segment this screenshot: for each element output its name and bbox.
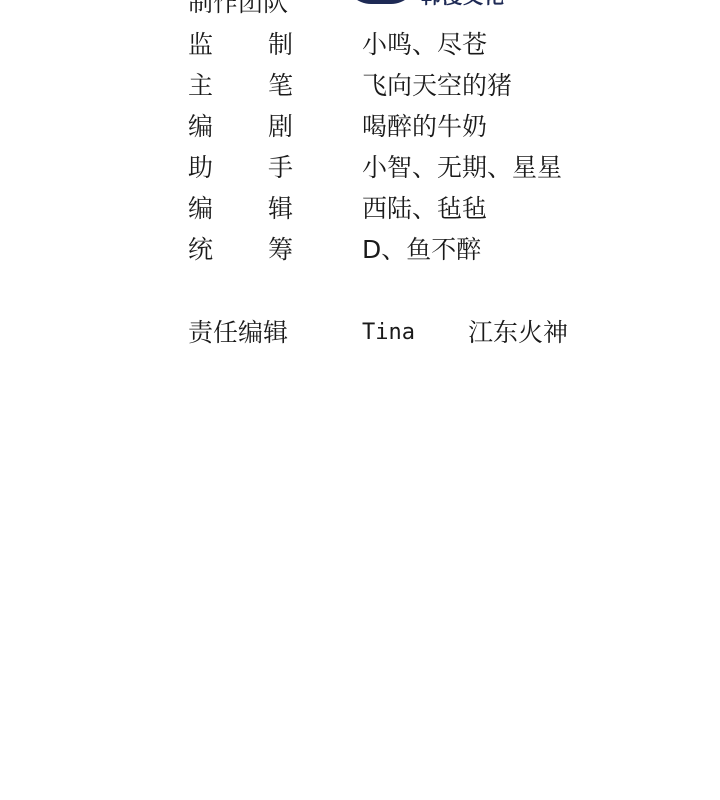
credit-value: 喝醉的牛奶 — [362, 112, 487, 142]
credit-value: 小鸣、尽苍 — [362, 30, 487, 60]
role-char-2: 手 — [268, 153, 298, 183]
credit-value: 西陆、毡毡 — [362, 194, 487, 224]
editor-name-2: 江东火神 — [468, 318, 568, 348]
role-char-1: 助 — [188, 153, 218, 183]
role-char-2: 制 — [268, 30, 298, 60]
role-char-1: 主 — [188, 71, 218, 101]
team-title: 制作团队 — [188, 0, 288, 18]
role-char-1: 监 — [188, 30, 218, 60]
credit-value: D、鱼不醉 — [362, 235, 481, 265]
role-char-1: 统 — [188, 235, 218, 265]
credit-value: 小智、无期、星星 — [362, 153, 562, 183]
editor-label: 责任编辑 — [188, 318, 288, 348]
logo-emblem-icon — [345, 0, 417, 4]
role-char-1: 编 — [188, 112, 218, 142]
role-char-2: 笔 — [268, 71, 298, 101]
role-char-1: 编 — [188, 194, 218, 224]
role-char-2: 剧 — [268, 112, 298, 142]
role-char-2: 筹 — [268, 235, 298, 265]
role-char-2: 辑 — [268, 194, 298, 224]
editor-name-1: Tina — [362, 318, 415, 348]
credit-value: 飞向天空的猪 — [362, 71, 512, 101]
studio-logo: 韩漫文化 OPERATION — [345, 0, 535, 18]
logo-en-text: OPERATION — [425, 0, 526, 2]
